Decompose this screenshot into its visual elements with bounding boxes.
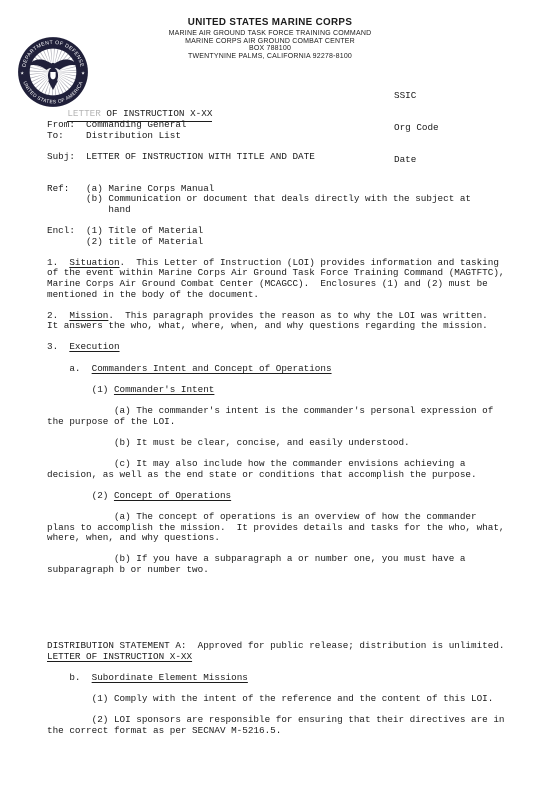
text-segment: . This paragraph provides the reason as … bbox=[108, 310, 487, 321]
document-page: UNITED STATES MARINE CORPS MARINE AIR GR… bbox=[0, 0, 555, 785]
text-segment: (2) title of Material bbox=[47, 236, 203, 247]
text-segment: (b) If you have a subparagraph a or numb… bbox=[47, 553, 465, 564]
text-line: a. Commanders Intent and Concept of Oper… bbox=[47, 364, 537, 375]
text-line bbox=[47, 332, 537, 343]
text-segment: Subj: LETTER OF INSTRUCTION WITH TITLE A… bbox=[47, 151, 315, 162]
text-line: the purpose of the LOI. bbox=[47, 417, 537, 428]
text-segment: DISTRIBUTION STATEMENT A: Approved for p… bbox=[47, 640, 504, 651]
ssic-label: SSIC bbox=[394, 91, 439, 102]
title-visible-text: OF INSTRUCTION X-XX bbox=[106, 108, 212, 119]
text-line: subparagraph b or number two. bbox=[47, 565, 537, 576]
letter-body: From: Commanding GeneralTo: Distribution… bbox=[47, 120, 537, 576]
text-line: Subj: LETTER OF INSTRUCTION WITH TITLE A… bbox=[47, 152, 537, 163]
text-segment: hand bbox=[47, 204, 131, 215]
text-line: (2) title of Material bbox=[47, 237, 537, 248]
text-line: (1) Commander's Intent bbox=[47, 385, 537, 396]
seal-star-left: ★ bbox=[20, 71, 24, 77]
underlined-text: Concept of Operations bbox=[114, 490, 231, 501]
letterhead-address-line: BOX 788100 bbox=[98, 45, 442, 53]
underlined-text: Commander's Intent bbox=[114, 384, 214, 395]
text-segment: (2) bbox=[47, 490, 114, 501]
text-segment: (b) Communication or document that deals… bbox=[47, 193, 471, 204]
text-segment: It answers the who, what, where, when, a… bbox=[47, 320, 488, 331]
text-line: It answers the who, what, where, when, a… bbox=[47, 321, 537, 332]
text-line: b. Subordinate Element Missions bbox=[47, 673, 537, 684]
title-obscured-text: LETTER bbox=[67, 108, 106, 119]
text-segment: (a) The commander's intent is the comman… bbox=[47, 405, 493, 416]
text-segment: 3. bbox=[47, 341, 69, 352]
text-segment: a. bbox=[47, 363, 92, 374]
text-segment: . This Letter of Instruction (LOI) provi… bbox=[120, 257, 499, 268]
text-line: (2) Concept of Operations bbox=[47, 491, 537, 502]
seal-star-right: ★ bbox=[81, 71, 85, 77]
underlined-text: Execution bbox=[69, 341, 119, 352]
text-line bbox=[47, 162, 537, 173]
text-segment: Marine Corps Air Ground Combat Center (M… bbox=[47, 278, 488, 289]
text-line: where, when, and why questions. bbox=[47, 533, 537, 544]
text-segment: 2. bbox=[47, 310, 69, 321]
letterhead-address-line: MARINE AIR GROUND TASK FORCE TRAINING CO… bbox=[98, 30, 442, 38]
underlined-text: Subordinate Element Missions bbox=[92, 672, 248, 683]
text-segment: Encl: (1) Title of Material bbox=[47, 225, 203, 236]
underlined-text: LETTER OF INSTRUCTION X-XX bbox=[47, 651, 192, 662]
underlined-text: Mission bbox=[69, 310, 108, 321]
text-segment: the correct format as per SECNAV M-5216.… bbox=[47, 725, 281, 736]
text-line: (b) It must be clear, concise, and easil… bbox=[47, 438, 537, 449]
text-line: hand bbox=[47, 205, 537, 216]
text-segment: (1) bbox=[47, 384, 114, 395]
text-segment: (2) LOI sponsors are responsible for ens… bbox=[47, 714, 504, 725]
letterhead-address-line: MARINE CORPS AIR GROUND COMBAT CENTER bbox=[98, 38, 442, 46]
text-line: decision, as well as the end state or co… bbox=[47, 470, 537, 481]
underlined-text: Commanders Intent and Concept of Operati… bbox=[92, 363, 332, 374]
text-segment: plans to accomplish the mission. It prov… bbox=[47, 522, 504, 533]
text-segment: decision, as well as the end state or co… bbox=[47, 469, 477, 480]
text-segment: mentioned in the body of the document. bbox=[47, 289, 259, 300]
text-segment: the purpose of the LOI. bbox=[47, 416, 175, 427]
text-segment: Ref: (a) Marine Corps Manual bbox=[47, 183, 214, 194]
text-segment: 1. bbox=[47, 257, 69, 268]
underlined-text: Situation bbox=[69, 257, 119, 268]
text-segment: of the event within Marine Corps Air Gro… bbox=[47, 267, 504, 278]
text-segment: b. bbox=[47, 672, 92, 683]
text-segment: (a) The concept of operations is an over… bbox=[47, 511, 477, 522]
department-of-defense-seal-icon: DEPARTMENT OF DEFENSE UNITED STATES OF A… bbox=[17, 36, 89, 108]
text-line: mentioned in the body of the document. bbox=[47, 290, 537, 301]
command-name: UNITED STATES MARINE CORPS bbox=[98, 17, 442, 29]
text-segment: subparagraph b or number two. bbox=[47, 564, 209, 575]
letterhead: UNITED STATES MARINE CORPS MARINE AIR GR… bbox=[98, 17, 442, 61]
letterhead-address-line: TWENTYNINE PALMS, CALIFORNIA 92278-8100 bbox=[98, 53, 442, 61]
text-line: (1) Comply with the intent of the refere… bbox=[47, 694, 537, 705]
letter-footer: DISTRIBUTION STATEMENT A: Approved for p… bbox=[47, 641, 537, 736]
text-segment: (c) It may also include how the commande… bbox=[47, 458, 465, 469]
text-line: the correct format as per SECNAV M-5216.… bbox=[47, 726, 537, 737]
text-line: 3. Execution bbox=[47, 342, 537, 353]
text-segment: (b) It must be clear, concise, and easil… bbox=[47, 437, 410, 448]
text-segment: (1) Comply with the intent of the refere… bbox=[47, 693, 493, 704]
text-line: LETTER OF INSTRUCTION X-XX bbox=[47, 652, 537, 663]
text-segment: where, when, and why questions. bbox=[47, 532, 220, 543]
